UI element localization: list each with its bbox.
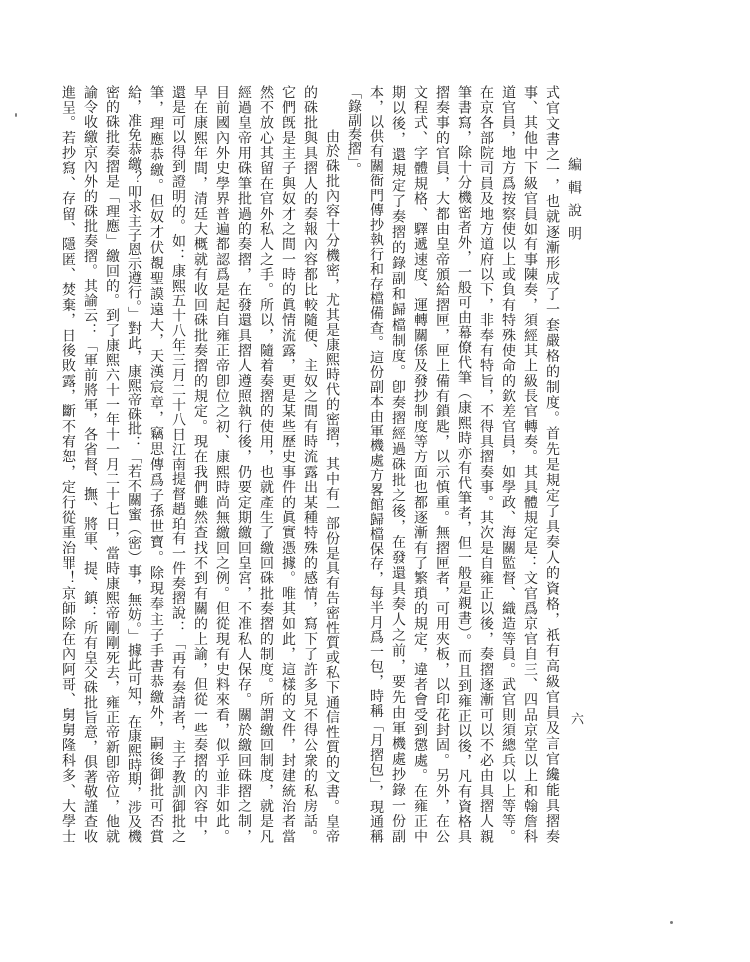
text-column: 筆，理應恭繳。但奴才伏覩聖謨遠大，天漢宸章，竊思傳爲子孫世寶。除現奉主子手書恭繳… [145, 85, 167, 843]
text-column: 本，以供有關衙門傳抄執行和存檔備查。這份副本由軍機處方畧館歸檔保存，每半月爲一包… [365, 85, 387, 843]
text-column: 密的硃批奏摺是「理應」繳回的。到了康熙六十一年十一月二十七日，當時康熙帝剛剛死去… [101, 85, 123, 843]
ink-speck [15, 113, 17, 117]
text-column: 在京各部院司員及地方道府以下，非奉有特旨，不得具摺奏事。其次是自雍正以後，奏摺逐… [475, 85, 497, 843]
text-column: 進呈。若抄寫、存留、隱匿、焚棄，日後敗露，斷不宥恕，定行從重治罪！京師除在內阿哥… [57, 85, 79, 843]
ink-speck [670, 921, 673, 924]
text-column: 諭令收繳京內外的硃批奏摺。其諭云：「軍前將軍，各省督、撫、將軍、提、鎮：所有皇父… [79, 85, 101, 843]
text-column: 道官員，地方爲按察使以上或負有特殊使命的欽差官員，如學政、海關監督、織造等員。武… [497, 85, 519, 843]
text-column: 早在康熙年間，清廷大概就有收回硃批奏摺的規定。現在我們雖然查找不到有關的上諭，但… [189, 85, 211, 843]
text-column: 「錄副奏摺」。 [343, 85, 365, 843]
text-column: 事、其他中下級官員如有事陳奏，須經其上級長官轉奏。其具體規定是：文官爲京官自三、… [519, 85, 541, 843]
text-column: 它們旣是主子與奴才之間一時的眞情流露，更是某些歷史事件的眞實憑據。唯其如此，這樣… [277, 85, 299, 843]
text-column: 筆書寫，除十分機密者外，一般可由幕僚代筆（康熙時亦有代筆者，但一般是親書）。而且… [453, 85, 475, 843]
text-column: 然不放心其留在官外私人之手。所以，隨着奏摺的使用，也就產生了繳回硃批奏摺的制度。… [255, 85, 277, 843]
scanned-page: 編輯說明 六 式官文書之一，也就逐漸形成了一套嚴格的制度。首先是規定了具奏人的資… [0, 0, 750, 962]
text-block: 式官文書之一，也就逐漸形成了一套嚴格的制度。首先是規定了具奏人的資格，祇有高級官… [57, 85, 563, 843]
text-column: 式官文書之一，也就逐漸形成了一套嚴格的制度。首先是規定了具奏人的資格，祇有高級官… [541, 85, 563, 843]
text-column: 目前國內外史學界普遍都認爲是起自雍正帝卽位之初、康熙時尚無繳回之例。但從現有史料… [211, 85, 233, 843]
text-column: 摺奏事的官員，大都由皇帝頒給摺匣，匣上備有鎖匙，以示慎重。無摺匣者，可用夾板，以… [431, 85, 453, 843]
text-column: 文程式、字體規格、驛遞速度、運轉關係及發抄制度等方面也都逐漸有了繁瑣的規定，違者… [409, 85, 431, 843]
text-column: 經過皇帝用硃筆批過的奏摺，在發還具摺人遵照執行後，仍要定期繳回皇宮，不准私人保存… [233, 85, 255, 843]
page-number: 六 [566, 712, 585, 725]
text-column: 的硃批與具摺人的奏報內容都比較隨便、主奴之間有時流露出某種特殊的感情，寫下了許多… [299, 85, 321, 843]
text-column: 還是可以得到證明的。如：康熙五十八年三月二十八日江南提督趙珀有一件奏摺說：「再有… [167, 85, 189, 843]
running-header: 編輯說明 [565, 157, 583, 249]
text-column: 期以後，還規定了奏摺的錄副和歸檔制度。卽奏摺經過硃批之後，在發還具奏人之前，要先… [387, 85, 409, 843]
text-column: 由於硃批內容十分機密，尤其是康熙時代的密摺，其中有一部份是具有告密性質或私下通信… [321, 85, 343, 843]
text-column: 給，准免恭繳？叩求主子恩示遵行。」對此，康熙帝硃批：「若不關蜜（密）事，無妨。」… [123, 85, 145, 843]
